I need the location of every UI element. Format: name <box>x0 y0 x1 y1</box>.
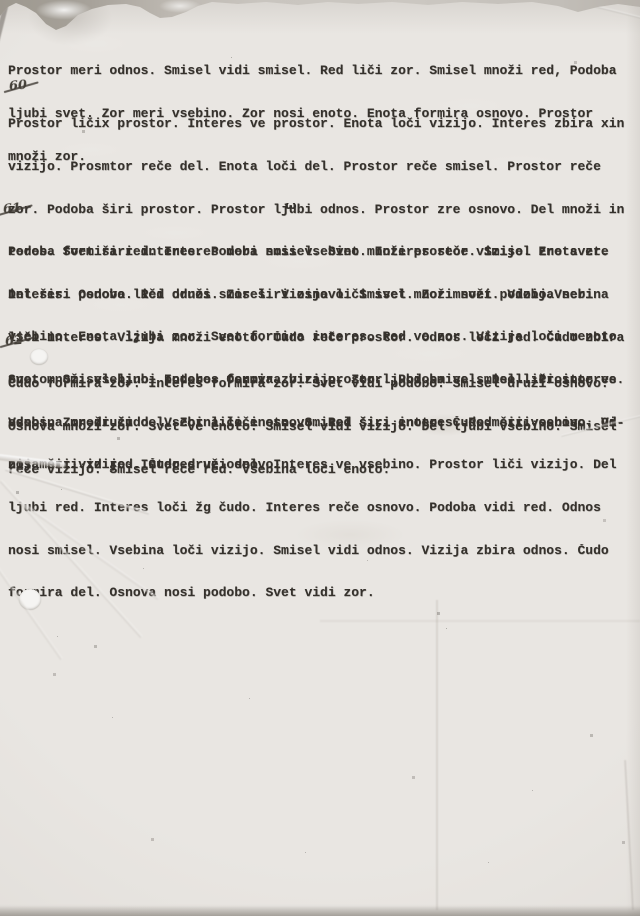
scanned-typewritten-page: { "colors": { "paper": "#e9e6e2", "ink":… <box>0 0 640 916</box>
typed-line: zor. Podoba širi prostor. Prostor ljubi … <box>8 203 638 217</box>
typed-line: Prostor meri odnos. Smisel vidi smisel. … <box>8 64 638 78</box>
typed-line: Prostor ličix prostor. Interes ve prosto… <box>8 117 638 131</box>
margin-note-62-crossed-out: 62 <box>4 332 35 350</box>
paper-sheet: Prostor meri odnos. Smisel vidi smisel. … <box>0 0 640 916</box>
ink-scribble-mark: ω <box>285 199 297 212</box>
paper-bottom-edge-shadow <box>0 906 640 916</box>
vertical-fold-line <box>436 600 438 910</box>
typed-line: formira del. Osnova nosi podobo. Svet vi… <box>8 586 638 600</box>
typed-line: nosi smisel. Vsebina loči vizijo. Smisel… <box>8 544 638 558</box>
typed-line: vizijo. Prosmtor reče del. Enota loči de… <box>8 160 638 174</box>
typed-line: Podoba formira red. Interes meri smisel.… <box>8 245 638 259</box>
typed-line: Osnova množi zor. Svet ve enoto. Smisel … <box>8 420 638 434</box>
typed-line: Del širi podobo. Red druži smisel. Vizij… <box>8 288 638 302</box>
margin-note-61-crossed-out: 61 <box>2 200 33 218</box>
crease-bottom-right-edge <box>624 760 634 910</box>
punch-hole-left-margin <box>19 589 41 610</box>
typed-line: Čudo formira zor. Interes formira zor. S… <box>8 377 638 391</box>
typed-line: liči interes. Vizija množi enoto. Čudo r… <box>8 331 638 345</box>
punch-hole-over-text <box>30 349 48 365</box>
paragraph-4: Čudo formira zor. Interes formira zor. S… <box>8 349 638 505</box>
typed-line: reče vizijo. Smisel reče red. Vsebina lo… <box>8 463 638 477</box>
